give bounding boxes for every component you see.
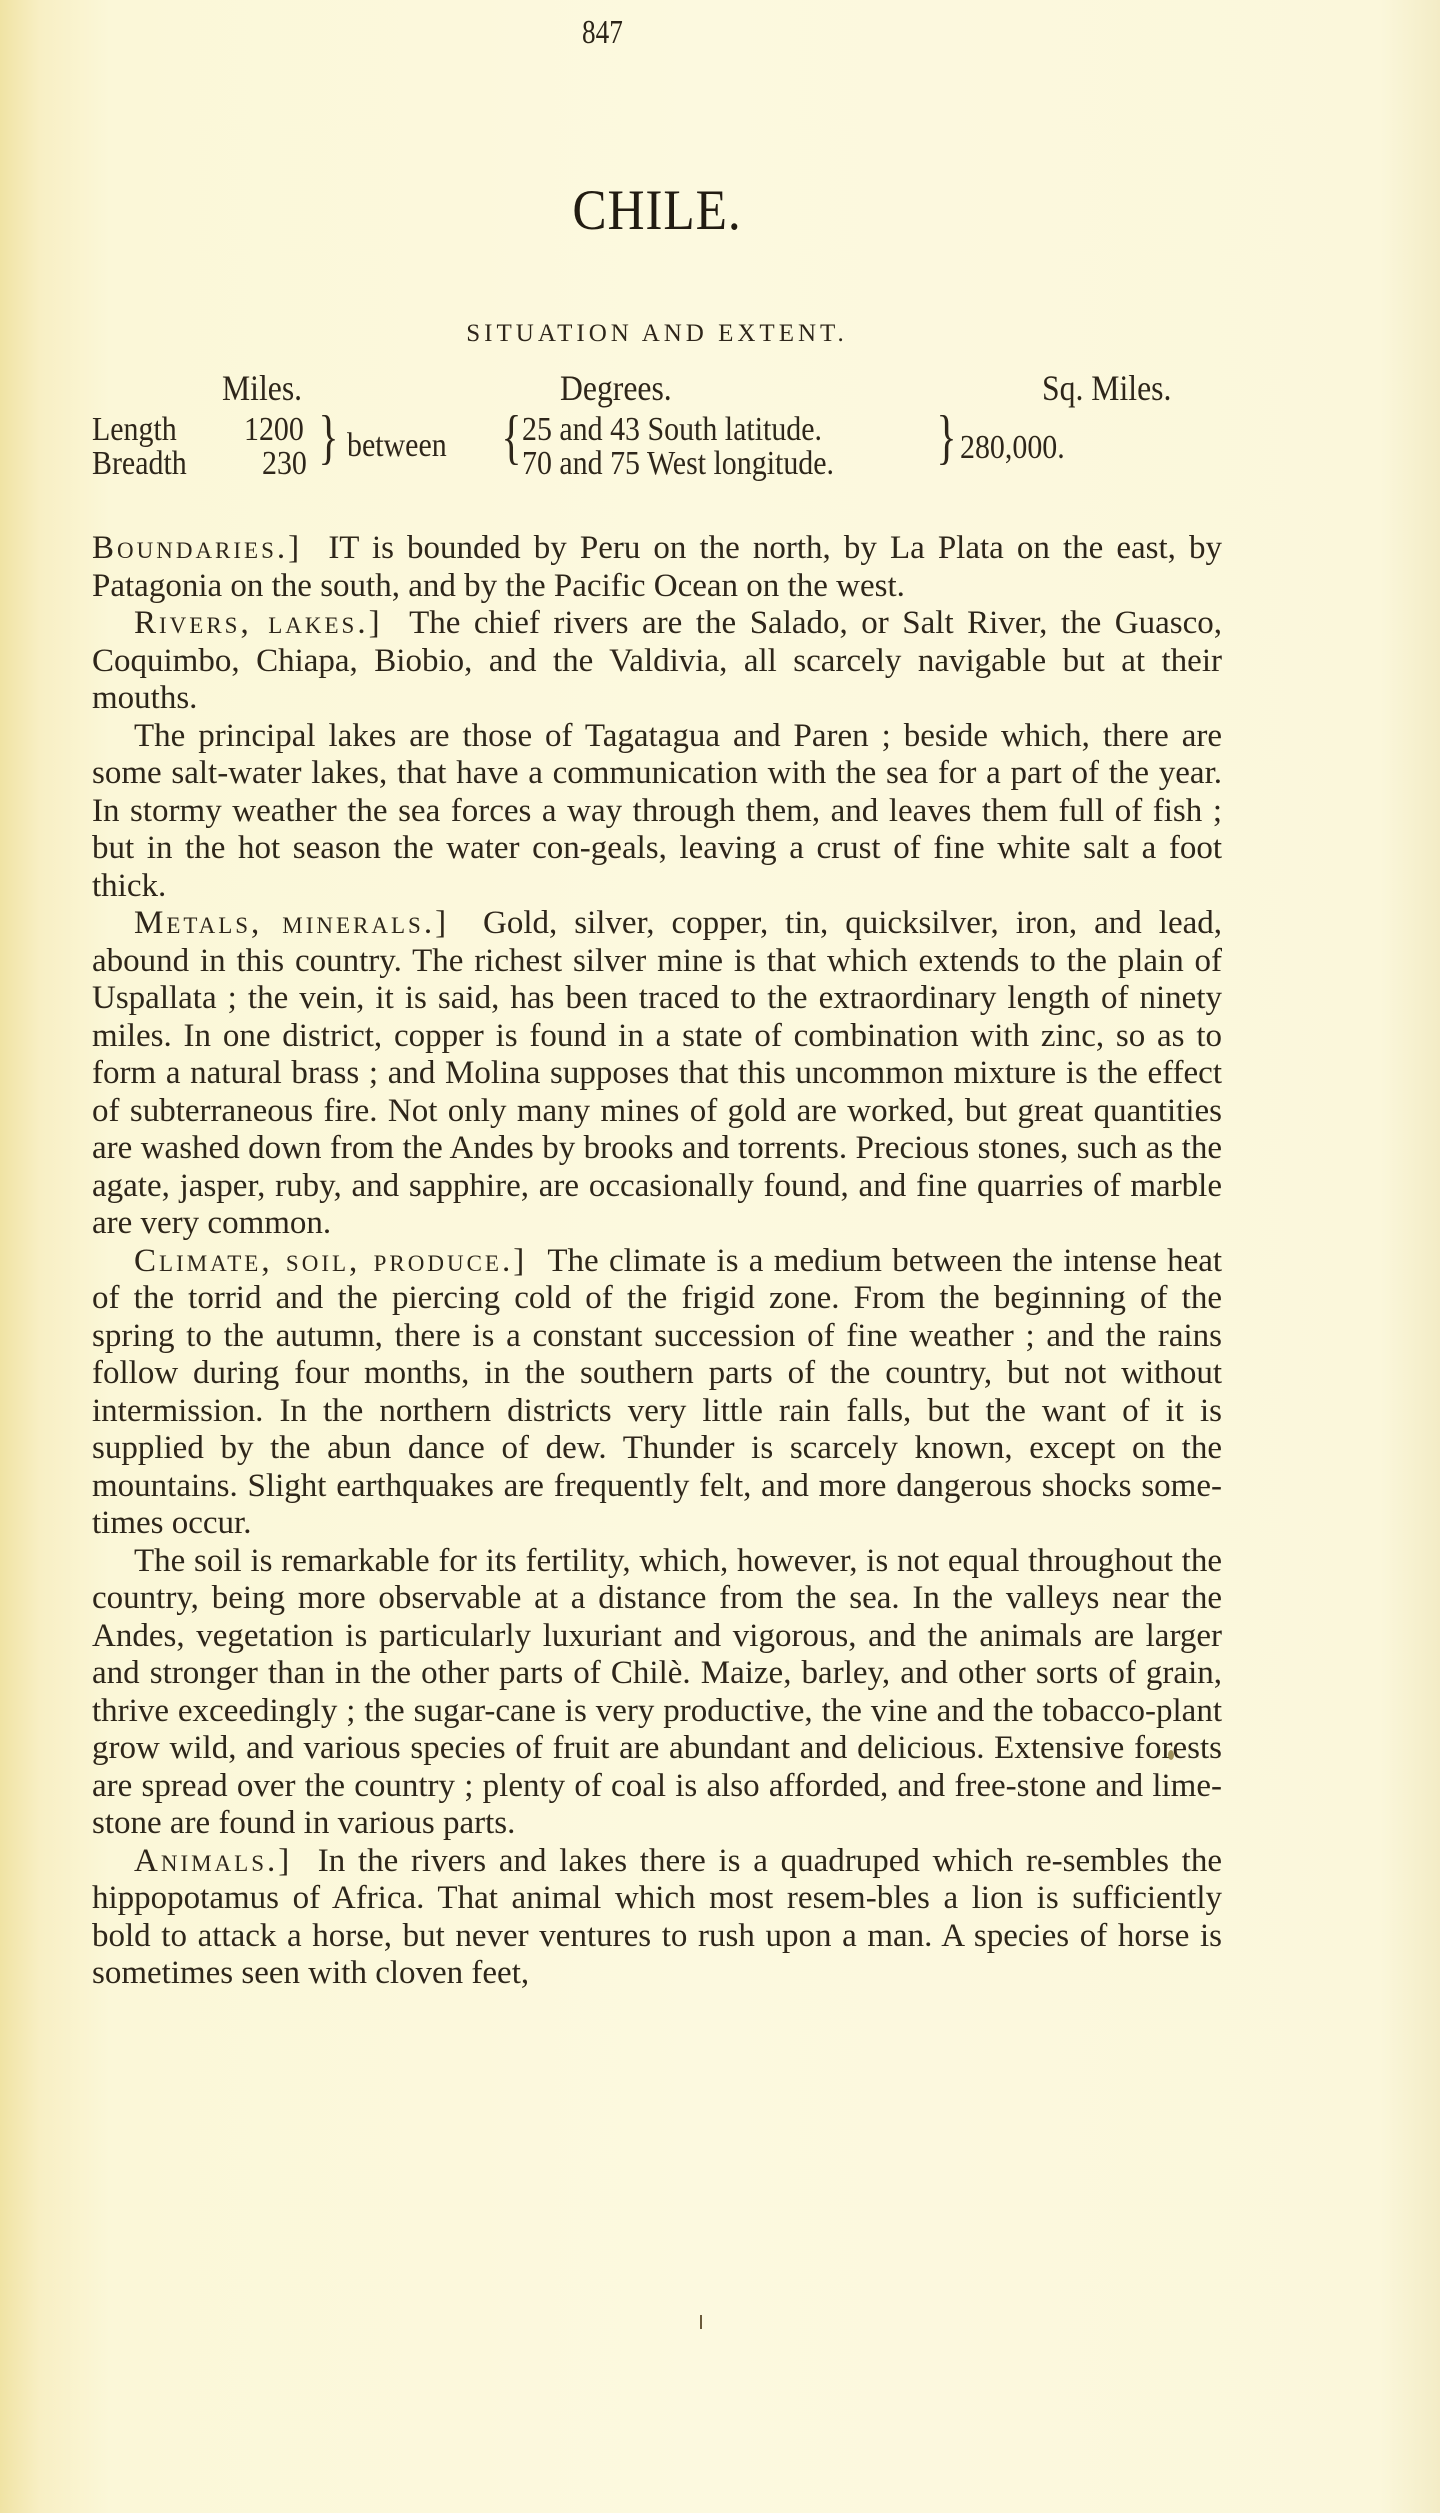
header-miles: Miles.: [222, 367, 302, 409]
section-heading: SITUATION AND EXTENT.: [92, 320, 1222, 348]
row-label-length: Length: [92, 411, 177, 449]
row-label-breadth: Breadth: [92, 445, 187, 483]
extent-table: Miles. Degrees. Sq. Miles. Length 1200 B…: [92, 355, 1222, 495]
brace-right-icon-2: }: [936, 407, 956, 467]
heading-animals: Animals.]: [134, 1843, 292, 1879]
row-miles-breadth: 230: [262, 445, 307, 483]
paragraph-metals: Metals, minerals.] Gold, silver, copper,…: [92, 905, 1222, 1243]
row-degrees-latitude: 25 and 43 South latitude.: [522, 411, 822, 449]
paragraph-boundaries: Boundaries.] IT is bounded by Peru on th…: [92, 530, 1222, 605]
heading-climate-soil-produce: Climate, soil, produce.]: [134, 1243, 527, 1279]
row-miles-length: 1200: [244, 411, 304, 449]
text-climate: The climate is a medium between the inte…: [92, 1243, 1222, 1542]
chapter-title: CHILE.: [149, 178, 1166, 243]
brace-right-icon: }: [318, 407, 338, 467]
paragraph-soil: The soil is remarkable for its fertility…: [92, 1543, 1222, 1843]
paragraph-climate: Climate, soil, produce.] The climate is …: [92, 1243, 1222, 1543]
sq-miles-value: 280,000.: [960, 429, 1065, 467]
page-number: 847: [582, 14, 623, 52]
paragraph-animals: Animals.] In the rivers and lakes there …: [92, 1843, 1222, 1993]
between-connector: between: [347, 427, 447, 465]
text-lakes: The principal lakes are those of Tagatag…: [92, 718, 1222, 904]
header-sq-miles: Sq. Miles.: [1042, 367, 1171, 409]
heading-boundaries: Boundaries.]: [92, 530, 302, 566]
header-degrees: Degrees.: [560, 367, 672, 409]
print-mark: [700, 2315, 702, 2329]
paragraph-lakes: The principal lakes are those of Tagatag…: [92, 718, 1222, 906]
text-soil: The soil is remarkable for its fertility…: [92, 1543, 1222, 1842]
brace-left-icon: {: [501, 407, 521, 467]
heading-metals-minerals: Metals, minerals.]: [134, 905, 449, 941]
heading-rivers-lakes: Rivers, lakes.]: [134, 605, 383, 641]
row-degrees-longitude: 70 and 75 West longitude.: [522, 445, 834, 483]
ink-speck-icon: [1168, 1750, 1174, 1760]
body-text: Boundaries.] IT is bounded by Peru on th…: [92, 530, 1222, 1993]
paragraph-rivers: Rivers, lakes.] The chief rivers are the…: [92, 605, 1222, 718]
text-metals: Gold, silver, copper, tin, quicksilver, …: [92, 905, 1222, 1241]
